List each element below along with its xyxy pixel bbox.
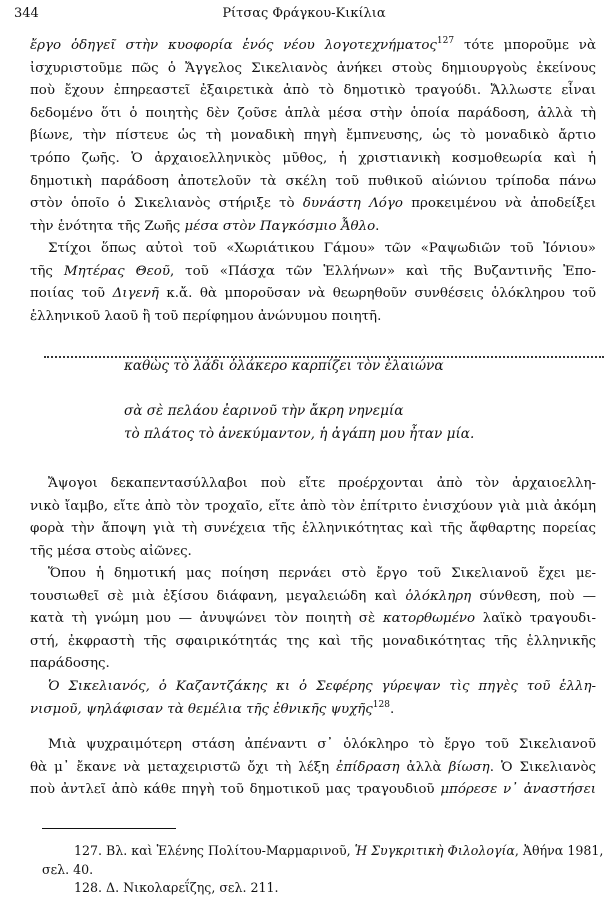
running-head: Ρίτσας Φράγκου-Κικίλια	[14, 6, 594, 21]
page-header: 344 Ρίτσας Φράγκου-Κικίλια	[14, 4, 594, 24]
text-line: ποὺ ἔχουν ἐπηρεαστεῖ ἐξαιρετικὰ ἀπὸ τὸ δ…	[30, 80, 596, 103]
text-line: Ὅπου ἡ δημοτική μας ποίηση περνάει στὸ ἔ…	[30, 563, 596, 586]
text-line: τῆς Μητέρας Θεοῦ, τοῦ «Πάσχα τῶν Ἑλλήνων…	[30, 261, 596, 284]
text-line: βίωνε, τὴν πίστευε ὡς τὴ μοναδικὴ πηγὴ ἔ…	[30, 125, 596, 148]
paragraph-4: Ὅπου ἡ δημοτική μας ποίηση περνάει στὸ ἔ…	[30, 563, 596, 676]
verse-line-2: σὰ σὲ πελάου ἐαρινοῦ τὴν ἄκρη νηνεμία	[124, 403, 403, 419]
text-line: δεδομένο ὅτι ὁ ποιητὴς δὲν ζοῦσε ἁπλὰ μέ…	[30, 103, 596, 126]
verse-line-3: τὸ πλάτος τὸ ἀνεκύμαντον, ἡ ἀγάπη μου ἦτ…	[124, 426, 474, 442]
text-line: ἔργο ὁδηγεῖ στὴν κυοφορία ἑνός νέου λογο…	[30, 35, 596, 58]
text-line: τρόπο ζωῆς. Ὁ ἀρχαιοελληνικὸς μῦθος, ἡ χ…	[30, 148, 596, 171]
text-line: νικὸ ἴαμβο, εἴτε ἀπὸ τὸν τροχαῖο, εἴτε ἀ…	[30, 496, 596, 519]
text-line: φορὰ τὴν ἄποψη γιὰ τὴ συνέχεια τῆς ἑλλην…	[30, 518, 596, 541]
text-line: ποὺ ἀντλεῖ ἀπὸ κάθε πηγὴ τοῦ δημοτικοῦ μ…	[30, 779, 596, 802]
text-line: δημοτικὴ παράδοση ἀποτελοῦν τὰ σκέλη τοῦ…	[30, 171, 596, 194]
footnote-127-continuation: σελ. 40.	[42, 861, 607, 880]
verse-line-1: καθὼς τὸ λάδι ὁλάκερο καρπίζει τὸν ἐλαιώ…	[124, 358, 444, 374]
text-line: Ὁ Σικελιανός, ὁ Καζαντζάκης κι ὁ Σεφέρης…	[30, 676, 596, 699]
text-line: στή, ἐκφραστὴ τῆς σφαιρικότητάς της καὶ …	[30, 631, 596, 654]
footnote-ref-127[interactable]: 127	[437, 36, 454, 46]
text-line: ἑλληνικοῦ λαοῦ ἢ τοῦ περίφημου ἀνώνυμου …	[30, 306, 596, 329]
paragraph-2: Στίχοι ὅπως αὐτοὶ τοῦ «Χωριάτικου Γάμου»…	[30, 238, 596, 328]
paragraph-1: ἔργο ὁδηγεῖ στὴν κυοφορία ἑνός νέου λογο…	[30, 35, 596, 238]
text-line: Ἄψογοι δεκαπεντασύλλαβοι ποὺ εἴτε προέρχ…	[30, 473, 596, 496]
text-line: θὰ μ᾽ ἔκανε νὰ μεταχειριστῶ ὄχι τὴ λέξη …	[30, 757, 596, 780]
paragraph-5: Ὁ Σικελιανός, ὁ Καζαντζάκης κι ὁ Σεφέρης…	[30, 676, 596, 721]
footnote-127: 127. Βλ. καὶ Ἑλένης Πολίτου-Μαρμαρινοῦ, …	[42, 842, 607, 861]
text-line: Μιὰ ψυχραιμότερη στάση ἀπέναντι σ᾽ ὁλόκλ…	[30, 734, 596, 757]
footnote-ref-128[interactable]: 128	[373, 700, 390, 710]
paragraph-6: Μιὰ ψυχραιμότερη στάση ἀπέναντι σ᾽ ὁλόκλ…	[30, 734, 596, 802]
text-line: παράδοσης.	[30, 653, 596, 676]
text-line: νισμοῦ, ψηλάφισαν τὰ θεμέλια τῆς ἐθνικῆς…	[30, 699, 596, 722]
text-line: ἰσχυριστοῦμε πῶς ὁ Ἄγγελος Σικελιανὸς ἀν…	[30, 58, 596, 81]
text-line: κατὰ τὴ γνώμη μου — ἀνυψώνει τὸν ποιητὴ …	[30, 608, 596, 631]
text-line: τουσιωθεῖ σὲ μιὰ ἐξίσου διάφανη, μεγαλει…	[30, 586, 596, 609]
text-line: Στίχοι ὅπως αὐτοὶ τοῦ «Χωριάτικου Γάμου»…	[30, 238, 596, 261]
paragraph-3: Ἄψογοι δεκαπεντασύλλαβοι ποὺ εἴτε προέρχ…	[30, 473, 596, 563]
text-line: τὴν ἑνότητα τῆς Ζωῆς μέσα στὸν Παγκόσμιο…	[30, 216, 596, 239]
text-line: ποιίας τοῦ Διγενῆ κ.ἄ. θὰ μποροῦσαν νὰ θ…	[30, 283, 596, 306]
footnote-128: 128. Δ. Νικολαρεΐζης, σελ. 211.	[42, 879, 607, 898]
text-line: τῆς μέσα στοὺς αἰῶνες.	[30, 541, 596, 564]
footnote-separator	[42, 828, 176, 829]
footnotes: 127. Βλ. καὶ Ἑλένης Πολίτου-Μαρμαρινοῦ, …	[42, 842, 607, 898]
book-page: 344 Ρίτσας Φράγκου-Κικίλια ἔργο ὁδηγεῖ σ…	[0, 0, 608, 917]
text-line: στὸν ὁποῖο ὁ Σικελιανὸς στήριξε τὸ δυνάσ…	[30, 193, 596, 216]
